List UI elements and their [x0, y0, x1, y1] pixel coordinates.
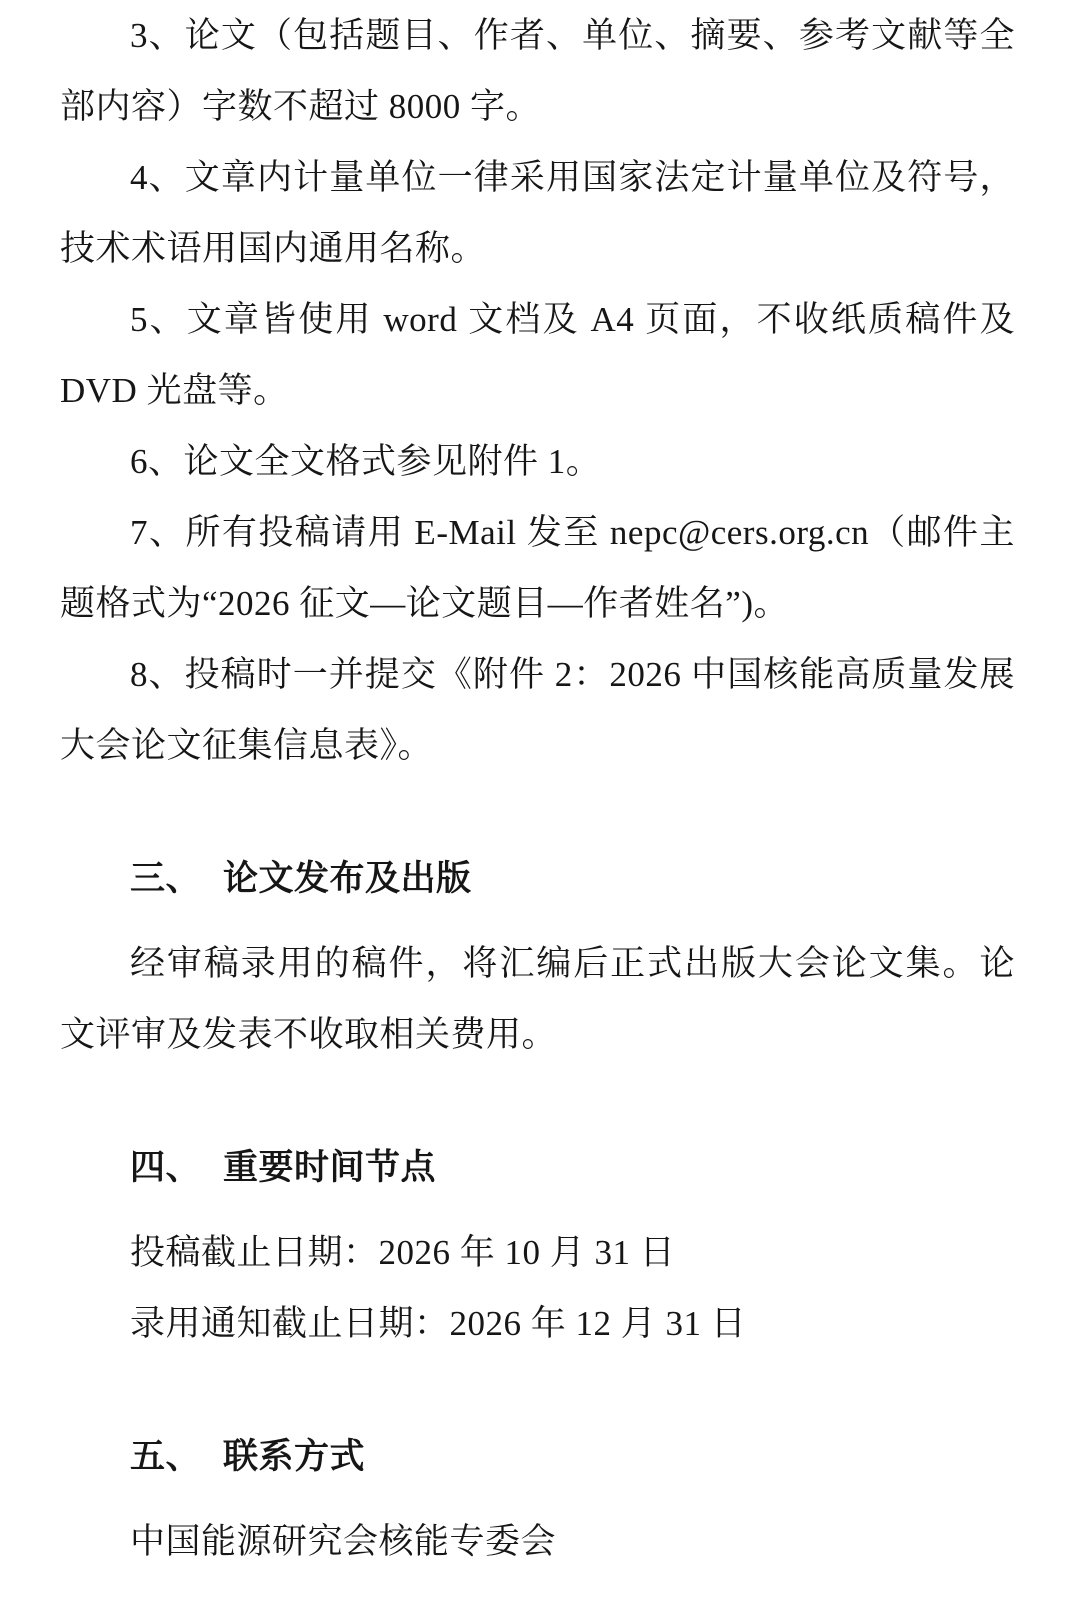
- document-page: 3、论文（包括题目、作者、单位、摘要、参考文献等全部内容）字数不超过 8000 …: [0, 0, 1072, 1599]
- heading-title: 论文发布及出版: [223, 859, 472, 898]
- paragraph: 8、投稿时一并提交《附件 2：2026 中国核能高质量发展大会论文征集信息表》。: [60, 639, 1015, 781]
- heading-title: 联系方式: [223, 1437, 365, 1476]
- section-heading: 四、重要时间节点: [60, 1132, 1015, 1203]
- paragraph: 3、论文（包括题目、作者、单位、摘要、参考文献等全部内容）字数不超过 8000 …: [60, 0, 1015, 142]
- paragraph: 6、论文全文格式参见附件 1。: [60, 426, 1015, 497]
- paragraph: 录用通知截止日期：2026 年 12 月 31 日: [60, 1288, 1015, 1359]
- paragraph: 4、文章内计量单位一律采用国家法定计量单位及符号，技术术语用国内通用名称。: [60, 142, 1015, 284]
- section-heading: 五、联系方式: [60, 1421, 1015, 1492]
- paragraph: 5、文章皆使用 word 文档及 A4 页面，不收纸质稿件及 DVD 光盘等。: [60, 284, 1015, 426]
- heading-number: 三、: [130, 859, 201, 898]
- paragraph: 投稿截止日期：2026 年 10 月 31 日: [60, 1217, 1015, 1288]
- paragraph: 7、所有投稿请用 E-Mail 发至 nepc@cers.org.cn（邮件主题…: [60, 497, 1015, 639]
- heading-number: 五、: [130, 1437, 201, 1476]
- paragraph: 经审稿录用的稿件，将汇编后正式出版大会论文集。论文评审及发表不收取相关费用。: [60, 928, 1015, 1070]
- heading-title: 重要时间节点: [223, 1148, 436, 1187]
- section-heading: 三、论文发布及出版: [60, 843, 1015, 914]
- document-body: 3、论文（包括题目、作者、单位、摘要、参考文献等全部内容）字数不超过 8000 …: [0, 0, 1072, 1577]
- paragraph: 中国能源研究会核能专委会: [60, 1506, 1015, 1577]
- heading-number: 四、: [130, 1148, 201, 1187]
